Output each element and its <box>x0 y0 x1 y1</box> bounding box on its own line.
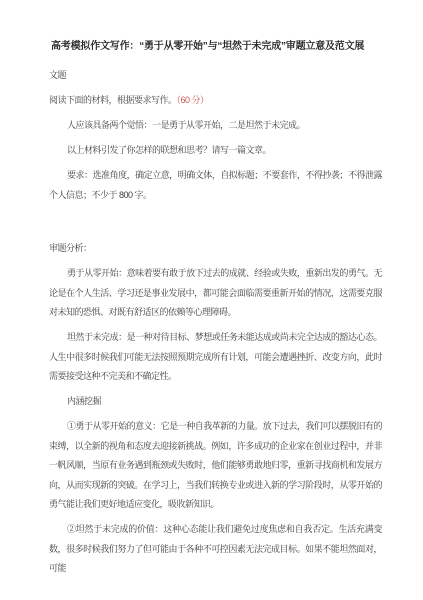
page-title: 高考模拟作文写作：“勇于从零开始”与“坦然于未完成”审题立意及范文展 <box>49 40 382 54</box>
material-paragraph: 人应该具备两个觉悟：一是勇于从零开始，二是坦然于未完成。 <box>49 116 382 136</box>
reading-instruction-text: 阅读下面的材料，根据要求写作。 <box>49 95 177 105</box>
document-page: 高考模拟作文写作：“勇于从零开始”与“坦然于未完成”审题立意及范文展 文题 阅读… <box>0 0 423 600</box>
section-label-connotation: 内涵挖掘 <box>49 392 382 412</box>
analysis-paragraph-start-from-zero: 勇于从零开始：意味着要有敢于放下过去的成就、经验或失败，重新出发的勇气。无论是在… <box>49 264 382 323</box>
section-label-topic: 文题 <box>49 66 382 86</box>
requirements-paragraph: 要求：选准角度，确定立意，明确文体，自拟标题；不要套作，不得抄袭；不得泄露个人信… <box>49 166 382 205</box>
point-paragraph-meaning-of-zero: ①勇于从零开始的意义：它是一种自我革新的力量。放下过去，我们可以摆脱旧有的束缚，… <box>49 417 382 515</box>
prompt-paragraph: 以上材料引发了你怎样的联想和思考？请写一篇文章。 <box>49 141 382 161</box>
reading-instruction-line: 阅读下面的材料，根据要求写作。（60 分） <box>49 91 382 111</box>
score-note: （60 分） <box>177 95 209 105</box>
analysis-paragraph-unfinished: 坦然于未完成：是一种对待目标、梦想或任务未能达成或尚未完全达成的豁达心态。人生中… <box>49 328 382 387</box>
section-label-analysis: 审题分析： <box>49 239 382 259</box>
point-paragraph-value-of-unfinished: ②坦然于未完成的价值：这种心态能让我们避免过度焦虑和自我否定。生活充满变数，很多… <box>49 520 382 579</box>
